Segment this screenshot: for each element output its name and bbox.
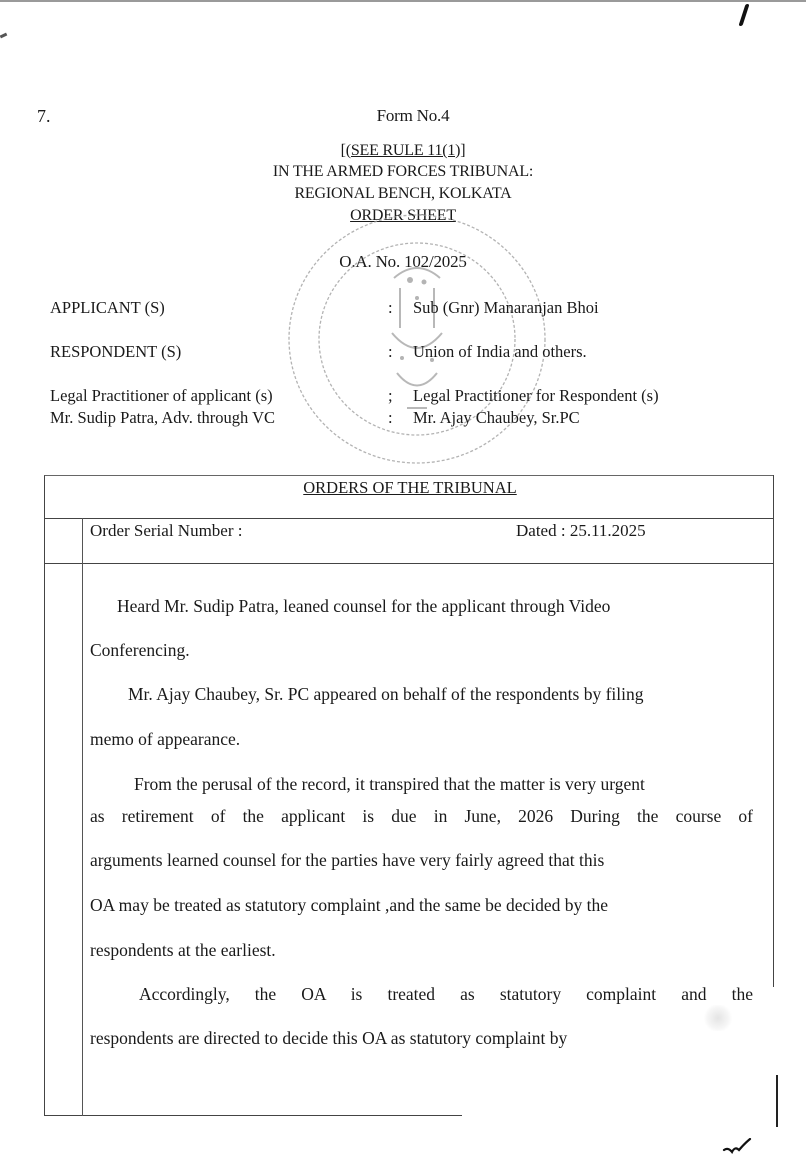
order-text-line: memo of appearance. xyxy=(90,729,240,750)
applicant-value: Sub (Gnr) Manaranjan Bhoi xyxy=(413,298,599,318)
respondent-value: Union of India and others. xyxy=(413,342,587,362)
scan-mark xyxy=(0,33,7,39)
order-text-line: arguments learned counsel for the partie… xyxy=(90,850,604,871)
handwritten-tick-icon xyxy=(722,1138,752,1154)
applicant-label: APPLICANT (S) xyxy=(50,298,165,318)
sheet-title: ORDER SHEET xyxy=(0,207,806,225)
orders-table xyxy=(44,475,774,1116)
separator: : xyxy=(388,298,393,318)
table-divider xyxy=(44,563,774,564)
order-text-line: respondents at the earliest. xyxy=(90,940,276,961)
order-text-line: From the perusal of the record, it trans… xyxy=(134,774,645,795)
respondent-label: RESPONDENT (S) xyxy=(50,342,181,362)
order-text-line: Heard Mr. Sudip Patra, leaned counsel fo… xyxy=(117,596,610,617)
lp-applicant-value: Mr. Sudip Patra, Adv. through VC xyxy=(50,408,275,428)
lp-applicant-label: Legal Practitioner of applicant (s) xyxy=(50,386,273,406)
lp-respondent-label: Legal Practitioner for Respondent (s) xyxy=(413,386,659,406)
scan-top-edge xyxy=(0,0,806,2)
separator: : xyxy=(388,342,393,362)
table-border-right xyxy=(773,475,774,987)
order-text-line: Conferencing. xyxy=(90,640,190,661)
scan-smudge xyxy=(704,1005,732,1031)
rule-reference: [(SEE RULE 11(1)] xyxy=(0,142,806,160)
lp-respondent-value: Mr. Ajay Chaubey, Sr.PC xyxy=(413,408,580,428)
tribunal-seal-icon xyxy=(282,208,552,470)
form-number: Form No.4 xyxy=(10,106,806,126)
order-text-line: as retirement of the applicant is due in… xyxy=(90,806,753,827)
separator: : xyxy=(388,408,393,428)
order-serial-label: Order Serial Number : xyxy=(90,521,242,541)
order-text-line: Mr. Ajay Chaubey, Sr. PC appeared on beh… xyxy=(128,684,644,705)
order-date: Dated : 25.11.2025 xyxy=(516,521,646,541)
separator: ; xyxy=(388,386,393,406)
bench-name: REGIONAL BENCH, KOLKATA xyxy=(0,185,806,203)
order-text-line: Accordingly, the OA is treated as statut… xyxy=(139,984,753,1005)
orders-title: ORDERS OF THE TRIBUNAL xyxy=(0,478,806,498)
order-text-line: OA may be treated as statutory complaint… xyxy=(90,895,608,916)
table-divider xyxy=(44,518,774,519)
handwritten-mark xyxy=(738,4,749,26)
table-column-divider xyxy=(82,518,83,1116)
case-number: O.A. No. 102/2025 xyxy=(0,252,806,272)
tribunal-name: IN THE ARMED FORCES TRIBUNAL: xyxy=(0,163,806,181)
order-text-line: respondents are directed to decide this … xyxy=(90,1028,567,1049)
table-border-bottom xyxy=(44,1115,462,1116)
rule-reference-text: [(SEE RULE 11(1)] xyxy=(341,142,466,159)
table-border-right-lower xyxy=(776,1075,778,1127)
